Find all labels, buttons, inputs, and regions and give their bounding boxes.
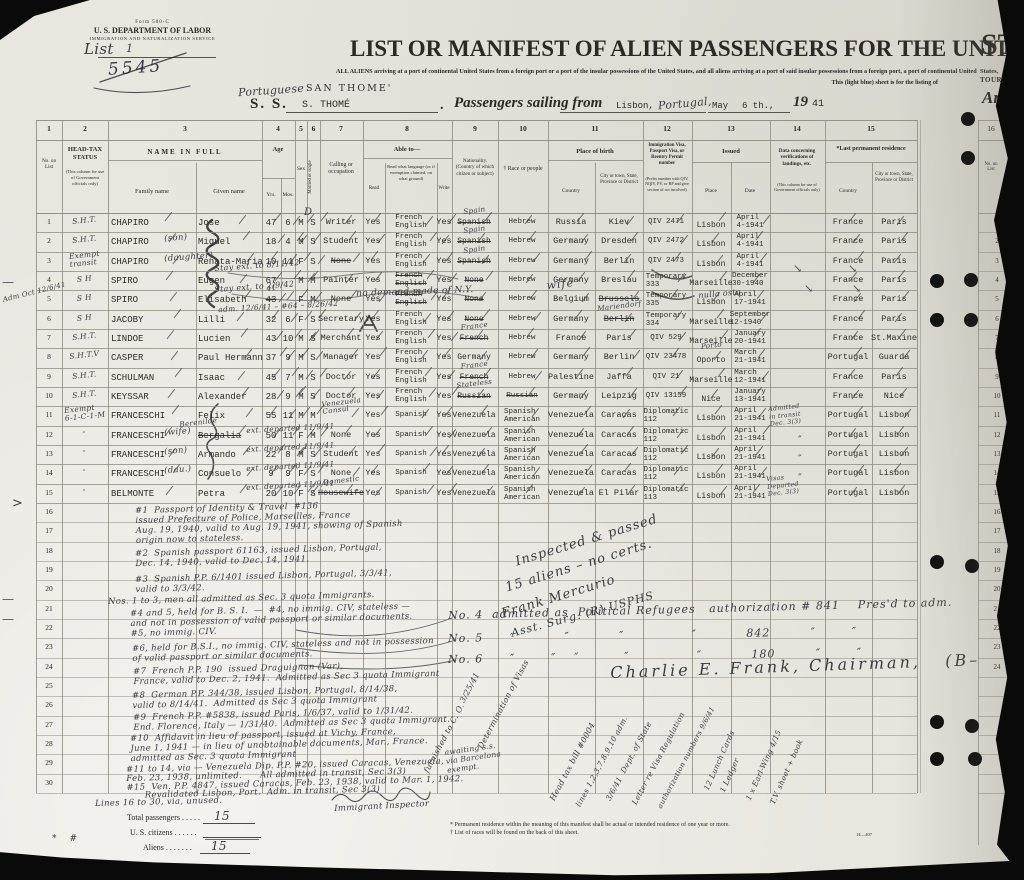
cell-rc: Portugal: [828, 353, 869, 363]
punch-hole: [968, 752, 982, 766]
grid-line: [770, 120, 771, 793]
cell-write: Yes: [436, 334, 451, 344]
pen-tick-mark: [426, 216, 434, 225]
handwritten-annotation: authorization numbers 9/6/41: [656, 705, 717, 810]
cell-fam: JACOBY: [111, 315, 143, 325]
right-page-row-number: 16: [994, 508, 1001, 516]
column-header: Date: [732, 188, 768, 195]
cell-rc: Portugal: [828, 411, 869, 421]
cell-sex: F: [298, 489, 303, 499]
cell-no: 1: [47, 218, 51, 227]
cell-idate: December 30-1940: [732, 272, 768, 288]
cell-giv: Jose: [198, 218, 220, 228]
cell-fam: CHAPIRO: [111, 257, 149, 267]
handwritten-annotation: Determination of Visas: [476, 658, 531, 750]
row-number: 18: [45, 547, 53, 556]
column-header: (This column for use of Government offic…: [772, 182, 822, 193]
cell-call: Student: [323, 450, 359, 460]
handwritten-annotation: Stay ext. to 2/9/42: [214, 279, 295, 294]
cell-ip: Marseille: [689, 376, 732, 385]
cell-no: 2: [47, 237, 51, 246]
column-header: Country: [826, 188, 870, 195]
handwritten-correction-nat: Spain: [463, 205, 486, 215]
pen-tick-mark: [287, 291, 295, 300]
manifest-note: #4 and 5, held for B. S. I. — #4, no imm…: [130, 602, 413, 639]
column-number: 6: [312, 125, 316, 134]
cell-bc: Venezuela: [548, 431, 594, 441]
right-page-row-number: 18: [994, 547, 1001, 555]
cell-visa: QIV 529: [650, 334, 682, 342]
pen-tick-mark: [166, 486, 174, 495]
cell-rcity: St.Maxine: [871, 334, 917, 344]
grid-line: [36, 290, 917, 291]
ship-name-typed: S. THOMÉ: [302, 100, 350, 111]
cell-lang: French English: [395, 233, 427, 249]
ship-name-handwritten: SAN THOME': [306, 83, 392, 94]
row-number: 26: [45, 701, 53, 710]
total-underline: [203, 823, 255, 824]
cell-read: Yes: [365, 411, 380, 421]
cell-call: Merchant: [321, 334, 362, 344]
cell-sex: M: [298, 218, 303, 228]
grid-line: [978, 271, 1008, 272]
cell-ht: S H: [77, 274, 93, 283]
grid-line: [978, 426, 1008, 427]
cell-sex: M: [298, 276, 303, 286]
column-header: Age: [263, 146, 293, 154]
cell-ip: Lisbon: [697, 434, 726, 443]
punch-hole: [961, 151, 975, 165]
sailing-label: Passengers sailing from: [454, 95, 602, 112]
row-number: 16: [45, 508, 53, 517]
grid-line: [920, 120, 921, 793]
right-page-row-number: 13: [994, 450, 1001, 458]
cell-bcity: Caracas: [601, 431, 637, 441]
column-header: NAME IN FULL: [110, 148, 260, 156]
cell-rc: Portugal: [828, 469, 869, 479]
cell-ht: ″: [82, 450, 86, 458]
cell-no: 5: [47, 295, 51, 304]
right-page-row-number: 20: [994, 585, 1001, 593]
right-page-row-number: 24: [994, 663, 1001, 671]
column-header: Data concerning verifications of landing…: [771, 148, 823, 167]
cell-ip: Lisbon: [697, 221, 726, 230]
cell-yrs: 37: [266, 353, 277, 363]
punch-hole: [964, 313, 978, 327]
cell-race: Russian: [506, 392, 538, 400]
column-number: 14: [793, 125, 801, 134]
us-citizens-label: U. S. citizens . . . . . .: [130, 828, 197, 837]
cell-bcity: Caracas: [601, 469, 637, 479]
cell-ms: S: [310, 218, 315, 228]
cell-ms: M: [310, 411, 315, 421]
cell-rcity: Paris: [881, 218, 907, 228]
cell-race: Spanish American: [504, 486, 540, 502]
cell-giv: Lilli: [198, 315, 225, 325]
cell-ht: S.H.T.: [72, 331, 97, 341]
right-page-row-number: 3: [995, 257, 999, 265]
cell-ip: Lisbon: [697, 414, 726, 423]
cell-nat: Venezuela: [452, 469, 495, 478]
column-number: 12: [663, 125, 671, 134]
manifest-note: #11 to 14, via — Venezuela Dip. P.P. #20…: [126, 757, 464, 801]
cell-fam: FRANCESCHI: [111, 450, 165, 460]
cell-bcity: Berlin: [604, 257, 635, 267]
grid-line: [498, 120, 499, 793]
cell-rcity: Paris: [881, 373, 907, 383]
scanned-manifest-page: Form 500-C U. S. DEPARTMENT OF LABOR IMM…: [0, 0, 1024, 880]
cell-giv: Miguel: [198, 237, 230, 247]
footnote-races: † List of races will be found on the bac…: [450, 830, 750, 836]
handwritten-annotation: D: [304, 207, 312, 219]
cell-rcity: Lisbon: [879, 431, 910, 441]
punch-hole: [930, 555, 944, 569]
cell-ht: ″: [82, 488, 86, 496]
cell-rc: France: [833, 237, 864, 247]
cell-ht: Exempt transit: [69, 249, 101, 267]
manifest-note: #7 French P.P. 190 issued Draguignan (Va…: [133, 659, 440, 687]
grid-line: [978, 406, 1008, 407]
cell-idate: January 20-1941: [734, 330, 766, 346]
handwritten-annotation: Letter re Visa Regulation: [630, 711, 687, 807]
footnote-form-code: 14—407: [856, 832, 872, 837]
grid-line: [917, 120, 918, 793]
right-page-column-16: 16: [980, 124, 1002, 133]
cell-giv: Isaac: [198, 373, 225, 383]
cell-read: Yes: [365, 218, 380, 228]
cell-race: Hebrew: [508, 257, 535, 265]
aliens-label: Aliens . . . . . . .: [143, 843, 192, 852]
cell-ht: S.H.T.: [72, 389, 97, 399]
grid-line: [36, 120, 917, 121]
cell-nat: French: [460, 334, 489, 343]
cell-call: Doctor: [326, 373, 357, 383]
right-page-row-number: 9: [995, 373, 999, 381]
grid-line: [978, 542, 1008, 543]
cell-visa: Diplomatic 112: [643, 408, 688, 424]
handwritten-annotation: no demand made of N.Y.: [356, 285, 474, 300]
grid-line: [36, 310, 917, 311]
cell-nat: None: [464, 276, 483, 285]
row-number: 21: [45, 605, 53, 614]
cell-bc: Germany: [553, 315, 589, 325]
cell-bc: Venezuela: [548, 489, 594, 499]
cell-no: 10: [45, 392, 53, 401]
total-passengers-label: Total passengers . . . . .: [127, 813, 200, 822]
column-number: 2: [83, 125, 87, 134]
cell-rcity: Paris: [881, 276, 907, 286]
column-header: City or town, State, Province or Distric…: [872, 172, 916, 184]
sailing-day: 6 th.,: [742, 101, 774, 111]
handwritten-correction-nat: France: [460, 359, 488, 369]
cell-mos: 9: [285, 392, 290, 402]
cell-nat: Venezuela: [452, 431, 495, 440]
cell-fam: FRANCESCHI: [111, 469, 165, 479]
sailing-month: May: [712, 101, 728, 111]
cell-fam: SPIRO: [111, 295, 138, 305]
grid-line: [692, 120, 693, 793]
column-number: 3: [183, 125, 187, 134]
column-number: 8: [405, 125, 409, 134]
cell-ht: S.H.T.: [72, 235, 97, 245]
handwritten-annotation: —: [2, 593, 15, 607]
list-number-old: 1: [126, 42, 133, 55]
punch-hole: [930, 274, 944, 288]
cell-no: 9: [47, 373, 51, 382]
cell-rc: France: [833, 392, 864, 402]
cell-no: 15: [45, 489, 53, 498]
cell-visa: QIV 2473: [648, 257, 684, 265]
column-header: Place: [693, 188, 729, 195]
handwritten-correction-nat: Spain: [463, 244, 486, 254]
pen-tick-mark: [170, 292, 178, 301]
port-handwritten: Portugal,: [658, 95, 713, 113]
cell-bc: Palestine: [548, 373, 594, 383]
grid-line: [363, 158, 452, 159]
right-page-row-number: 5: [995, 295, 999, 303]
column-number: 13: [727, 125, 735, 134]
right-page-col-label: No. on List: [981, 162, 1001, 173]
column-header: *Last permanent residence: [827, 146, 915, 153]
cell-ms: S: [310, 257, 315, 267]
cell-race: Hebrew: [508, 237, 535, 245]
pen-tick-mark: [239, 215, 247, 224]
cell-bcity: Berlin: [604, 353, 635, 363]
cell-mos: 7: [285, 373, 290, 383]
cell-idate: September 12-1940: [730, 311, 771, 327]
cell-lang: French English: [395, 311, 427, 327]
row-number: 29: [45, 759, 53, 768]
pen-tick-mark: [535, 371, 543, 380]
cell-ip: Lisbon: [697, 260, 726, 269]
cell-write: Yes: [436, 392, 451, 402]
cell-sex: M: [298, 373, 303, 383]
cell-no: 11: [45, 411, 52, 420]
cell-rcity: Lisbon: [879, 489, 910, 499]
port-underline: [560, 112, 706, 113]
row-number: 30: [45, 779, 53, 788]
cell-rc: France: [833, 334, 864, 344]
cell-no: 12: [45, 431, 53, 440]
cell-race: Hebrew: [508, 334, 535, 342]
column-number: 1: [47, 125, 51, 134]
cell-call: Writer: [326, 218, 357, 228]
cell-fam: CASPER: [111, 353, 143, 363]
total-passengers-value: 15: [214, 809, 230, 823]
cell-ip: Lisbon: [697, 453, 726, 462]
cell-ht: S H: [77, 294, 93, 303]
column-header: (This column for use of Government offic…: [65, 169, 105, 186]
cell-no: 14: [45, 469, 53, 478]
pen-tick-mark: [167, 330, 175, 339]
handwritten-annotation: ↘: [852, 283, 862, 296]
year-printed: 19: [793, 94, 808, 111]
cell-ht: Exempt 6-1-C-1-M: [64, 403, 106, 422]
manifest-note: #2 Spanish passport 61163, issued Lisbon…: [135, 543, 382, 569]
row-number: 23: [45, 643, 53, 652]
right-page-row-number: 11: [994, 411, 1001, 419]
pen-tick-mark: [166, 271, 174, 280]
cell-read: Yes: [365, 353, 380, 363]
page-title: LIST OR MANIFEST OF ALIEN PASSENGERS FOR…: [350, 36, 962, 62]
handwritten-annotation: ″: [798, 454, 802, 466]
cell-nat: Venezuela: [452, 411, 495, 420]
column-header: Immigration Visa, Passport Visa, or Reen…: [643, 143, 691, 167]
grid-line: [108, 120, 109, 793]
cell-lang: French English: [395, 388, 427, 404]
grid-line: [548, 160, 643, 161]
pen-tick-mark: [238, 371, 246, 380]
column-header: † Race or people: [500, 166, 546, 173]
punch-hole: [961, 112, 975, 126]
cell-bc: Russia: [556, 218, 587, 228]
grid-line: [825, 120, 826, 793]
ship-underline: [286, 112, 438, 113]
cell-race: Hebrew: [508, 315, 535, 323]
column-number: 15: [867, 125, 875, 134]
cell-no: 8: [47, 353, 51, 362]
cell-race: Hebrew: [508, 218, 535, 226]
row-number: 28: [45, 740, 53, 749]
pen-tick-mark: [168, 389, 176, 398]
cell-bc: Venezuela: [548, 411, 594, 421]
cell-call: None: [331, 431, 351, 441]
grid-line: [731, 163, 732, 793]
column-number: 9: [473, 125, 477, 134]
cell-rc: Portugal: [828, 450, 869, 460]
cell-ht: S H: [77, 313, 93, 322]
handwritten-annotation: Visas Departed Dec. 3(3): [766, 473, 800, 499]
cell-giv: Armando: [198, 450, 236, 460]
column-header: Mos.: [279, 192, 297, 199]
column-header-married-single: Married or single: [308, 147, 314, 207]
grid-line: [978, 561, 1008, 562]
cell-fam: SCHULMAN: [111, 373, 154, 383]
cell-ms: S: [310, 315, 315, 325]
column-number: 4: [276, 125, 280, 134]
right-page-row-number: 6: [995, 315, 999, 323]
column-header: Yrs.: [262, 192, 280, 199]
grid-line: [262, 178, 295, 179]
list-label: List: [84, 40, 114, 58]
pen-tick-mark: [427, 485, 435, 494]
column-number: 5: [299, 125, 303, 134]
grid-line: [595, 163, 596, 793]
cell-fam: KEYSSAR: [111, 392, 149, 402]
pen-tick-mark: [429, 388, 437, 397]
column-header: Nationality. (Country of which citizen o…: [453, 158, 497, 177]
right-page-row-number: 12: [994, 431, 1001, 439]
grid-line: [692, 162, 770, 163]
cell-bcity: Breslau: [601, 276, 637, 286]
cell-ht: S.H.T.: [72, 215, 97, 225]
grid-line: [872, 163, 873, 793]
cell-rcity: Paris: [881, 315, 907, 325]
cell-fam: FRANCESCHI: [111, 411, 165, 421]
cell-yrs: 28: [266, 392, 277, 402]
cell-visa: Temporary 333: [646, 273, 687, 289]
cell-lang: French English: [395, 272, 427, 288]
cell-ht: ″: [82, 430, 86, 438]
row-number: 20: [45, 585, 53, 594]
handwritten-annotation: Immigrant Inspector: [334, 799, 429, 814]
cell-lang: French English: [395, 330, 427, 346]
cell-nat: Venezuela: [452, 450, 495, 459]
handwritten-annotation: >: [12, 497, 24, 512]
cell-bcity: Paris: [606, 334, 632, 344]
cell-call: None: [331, 257, 351, 267]
cell-mos: 10: [283, 334, 294, 344]
cell-write: Yes: [436, 411, 451, 421]
cell-no: 13: [45, 450, 53, 459]
right-page-row-number: 23: [994, 643, 1001, 651]
punch-hole: [965, 559, 979, 573]
citizens-underline-1: [203, 837, 261, 838]
cell-fam: CHAPIRO: [111, 218, 149, 228]
cell-visa: Temporary 335: [646, 292, 687, 308]
cell-mos: 10: [283, 489, 294, 499]
punch-hole: [930, 752, 944, 766]
cell-fam: FRANCESCHI: [111, 431, 165, 441]
cell-ip: Marseille: [689, 318, 732, 327]
grid-line: [978, 658, 1008, 659]
cell-giv: Bergalia: [198, 431, 241, 441]
column-header: (Prefix number with QIV, NQIV, PV, or RP…: [644, 176, 690, 192]
date-underline: [708, 112, 790, 113]
handwritten-annotation: —: [2, 613, 15, 627]
cell-race: Hebrew: [508, 373, 535, 381]
department-name: U. S. DEPARTMENT OF LABOR: [60, 26, 245, 35]
cell-no: 3: [47, 257, 51, 266]
cell-rc: France: [833, 218, 864, 228]
light-blue-note: This (light blue) sheet is for the listi…: [760, 79, 938, 86]
cell-sex: F: [298, 315, 303, 325]
cell-idate: April 21-1941: [734, 427, 766, 443]
handwritten-annotation: ↘: [793, 263, 803, 276]
grid-line: [978, 793, 1008, 794]
cell-giv: Lucien: [198, 334, 230, 344]
cell-bcity: El Pilar: [599, 489, 640, 499]
row-number: 19: [45, 566, 53, 575]
pen-tick-mark: [318, 255, 326, 264]
grid-line: [978, 696, 1008, 697]
cell-visa: Diplomatic 112: [643, 447, 688, 463]
cell-fam: SPIRO: [111, 276, 138, 286]
column-header: No. on List: [38, 158, 60, 171]
cell-bcity: Kiev: [609, 218, 629, 228]
punch-hole: [930, 715, 944, 729]
cell-lang: French English: [395, 369, 427, 385]
cell-yrs: 18: [266, 237, 277, 247]
pen-tick-mark: [246, 408, 254, 417]
pen-tick-mark: [486, 271, 494, 280]
right-page-row-number: 4: [995, 276, 999, 284]
cell-mos: 4: [285, 237, 290, 247]
grid-line: [36, 348, 917, 349]
column-number: 11: [591, 125, 598, 134]
grid-line: [36, 503, 917, 504]
column-header: Family name: [112, 188, 192, 196]
punch-hole: [965, 719, 979, 733]
cell-rc: Portugal: [828, 489, 869, 499]
cell-sex: M: [298, 334, 303, 344]
manifest-note: Lines 16 to 30, via, unused.: [95, 796, 222, 809]
cell-fam: BELMONTE: [111, 489, 154, 499]
grid-line: [36, 271, 917, 272]
row-number: 25: [45, 682, 53, 691]
cell-ip: Marseille: [689, 279, 732, 288]
right-page-border: [978, 120, 979, 845]
